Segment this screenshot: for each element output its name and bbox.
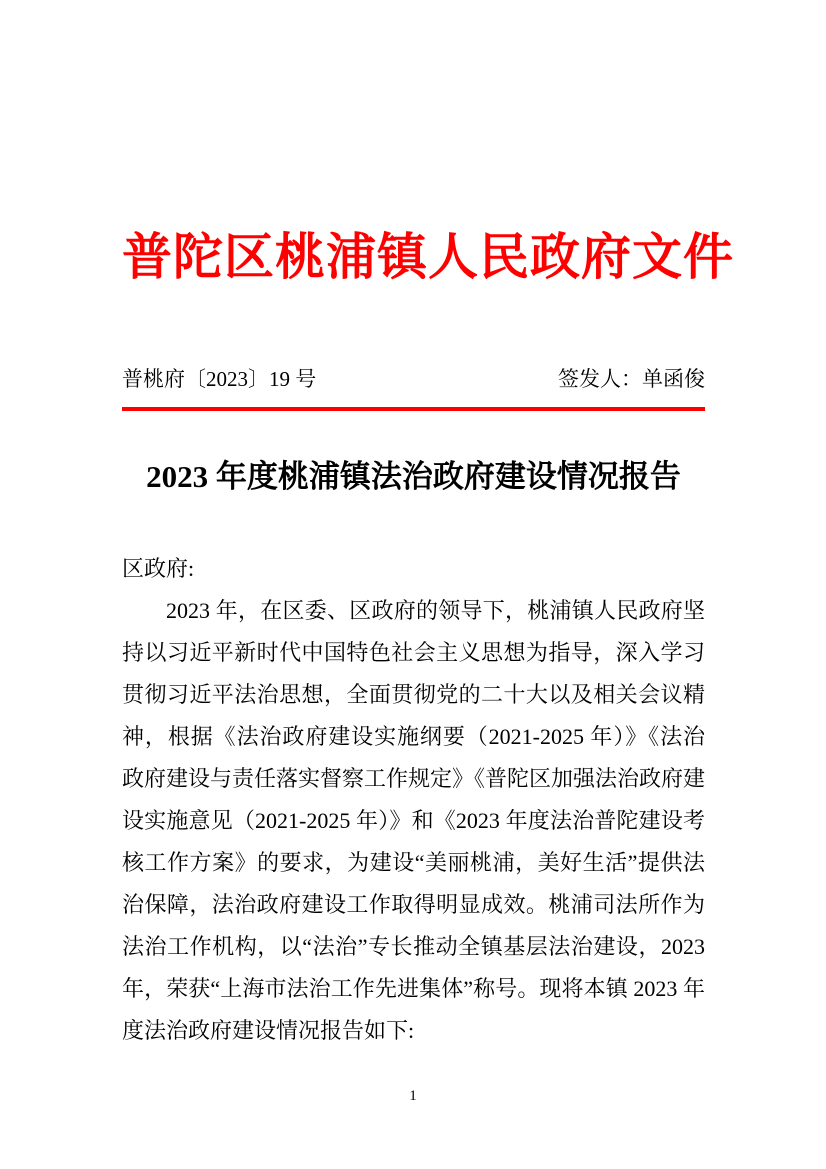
red-divider-rule bbox=[122, 407, 705, 411]
document-main: 2023 年度桃浦镇法治政府建设情况报告 区政府: 2023 年，在区委、区政府… bbox=[122, 455, 705, 1052]
doc-number: 普桃府〔2023〕19 号 bbox=[122, 364, 316, 394]
doc-meta-row: 普桃府〔2023〕19 号 签发人：单函俊 bbox=[122, 364, 705, 394]
page-number: 1 bbox=[409, 1088, 417, 1104]
document-header: 普陀区桃浦镇人民政府文件 普桃府〔2023〕19 号 签发人：单函俊 bbox=[122, 0, 705, 411]
doc-title: 2023 年度桃浦镇法治政府建设情况报告 bbox=[122, 455, 705, 499]
page-footer: 1 bbox=[0, 1087, 826, 1105]
salutation: 区政府: bbox=[122, 548, 705, 590]
document-page: 普陀区桃浦镇人民政府文件 普桃府〔2023〕19 号 签发人：单函俊 2023 … bbox=[0, 0, 826, 1169]
org-title: 普陀区桃浦镇人民政府文件 bbox=[122, 0, 705, 286]
body-paragraph: 2023 年，在区委、区政府的领导下，桃浦镇人民政府坚持以习近平新时代中国特色社… bbox=[122, 590, 705, 1052]
doc-body: 区政府: 2023 年，在区委、区政府的领导下，桃浦镇人民政府坚持以习近平新时代… bbox=[122, 548, 705, 1052]
issuer: 签发人：单函俊 bbox=[558, 364, 705, 394]
